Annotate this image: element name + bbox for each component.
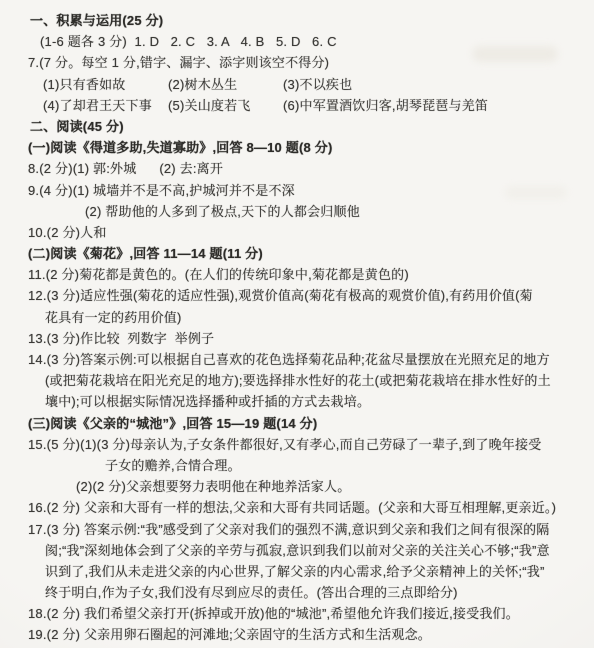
answer-q7-row-2: (4)了却君王天下事 (5)关山度若飞 (6)中军置酒饮归客,胡琴琵琶与羌笛 [43, 95, 594, 116]
reading-2-heading: (二)阅读《菊花》,回答 11—14 题(11 分) [28, 243, 594, 264]
answer-q9-part1: 9.(4 分)(1) 城墙并不是不高,护城河并不是不深 [28, 180, 594, 201]
blank-answer-6: (6)中军置酒饮归客,胡琴琵琶与羌笛 [283, 95, 594, 116]
answer-q17-line-4: 终于明白,作为子女,我们没有尽到应尽的责任。(答出合理的三点即给分) [45, 582, 594, 603]
answer-q1-6: (1-6 题各 3 分) 1. D 2. C 3. A 4. B 5. D 6.… [40, 31, 594, 52]
answer-q11: 11.(2 分)菊花都是黄色的。(在人们的传统印象中,菊花都是黄色的) [28, 264, 594, 285]
answer-q16: 16.(2 分) 父亲和大哥有一样的想法,父亲和大哥有共同话题。(父亲和大哥互相… [28, 497, 594, 518]
answer-q7-rubric: 7.(7 分。每空 1 分,错字、漏字、添字则该空不得分) [28, 52, 594, 73]
answer-q10: 10.(2 分)人和 [28, 222, 594, 243]
answer-q12-line-1: 12.(3 分)适应性强(菊花的适应性强),观赏价值高(菊花有极高的观赏价值),… [28, 285, 594, 306]
answer-q19: 19.(2 分) 父亲用卵石圈起的河滩地;父亲固守的生活方式和生活观念。 [28, 624, 594, 645]
answer-q12-line-2: 花具有一定的药用价值) [45, 307, 594, 328]
answer-q14-line-1: 14.(3 分)答案示例:可以根据自己喜欢的花色选择菊花品种;花盆尽量摆放在光照… [28, 349, 594, 370]
blank-answer-1: (1)只有香如故 [43, 74, 168, 95]
answer-q17-line-1: 17.(3 分) 答案示例:“我”感受到了父亲对我们的强烈不满,意识到父亲和我们… [28, 519, 594, 540]
answer-q14-line-2: (或把菊花栽培在阳光充足的地方);要选择排水性好的花土(或把菊花栽培在排水性好的… [45, 370, 594, 391]
answer-q7-row-1: (1)只有香如故 (2)树木丛生 (3)不以疾也 [43, 74, 594, 95]
answer-q17-line-2: 阂;“我”深刻地体会到了父亲的辛劳与孤寂,意识到我们以前对父亲的关注关心不够;“… [45, 540, 594, 561]
blank-answer-2: (2)树木丛生 [168, 74, 283, 95]
answer-q8: 8.(2 分)(1) 郭:外城 (2) 去:离开 [28, 158, 594, 179]
section-2-heading: 二、阅读(45 分) [30, 116, 594, 137]
section-1-heading: 一、积累与运用(25 分) [30, 10, 594, 31]
answer-q17-line-3: 识到了,我们从未走进父亲的内心世界,了解父亲的内心需求,给予父亲精神上的关怀;“… [45, 561, 594, 582]
reading-1-heading: (一)阅读《得道多助,失道寡助》,回答 8—10 题(8 分) [28, 137, 594, 158]
reading-3-heading: (三)阅读《父亲的“城池”》,回答 15—19 题(14 分) [28, 413, 594, 434]
blank-answer-5: (5)关山度若飞 [168, 95, 283, 116]
answer-q9-part2: (2) 帮助他的人多到了极点,天下的人都会归顺他 [85, 201, 594, 222]
answer-q15-part2: (2)(2 分)父亲想要努力表明他在种地养活家人。 [76, 476, 594, 497]
answer-q18: 18.(2 分) 我们希望父亲打开(拆掉或开放)他的“城池”,希望他允许我们接近… [28, 603, 594, 624]
answer-sheet-page: 一、积累与运用(25 分) (1-6 题各 3 分) 1. D 2. C 3. … [0, 0, 594, 648]
answer-q14-line-3: 壤中);可以根据实际情况选择播种或扦插的方式去栽培。 [45, 391, 594, 412]
answer-q15-line-1: 15.(5 分)(1)(3 分)母亲认为,子女条件都很好,又有孝心,而自己劳碌了… [28, 434, 594, 455]
blank-answer-4: (4)了却君王天下事 [43, 95, 168, 116]
answer-q15-line-2: 子女的赡养,合情合理。 [105, 455, 594, 476]
blank-answer-3: (3)不以疾也 [283, 74, 594, 95]
answer-q13: 13.(3 分)作比较 列数字 举例子 [28, 328, 594, 349]
